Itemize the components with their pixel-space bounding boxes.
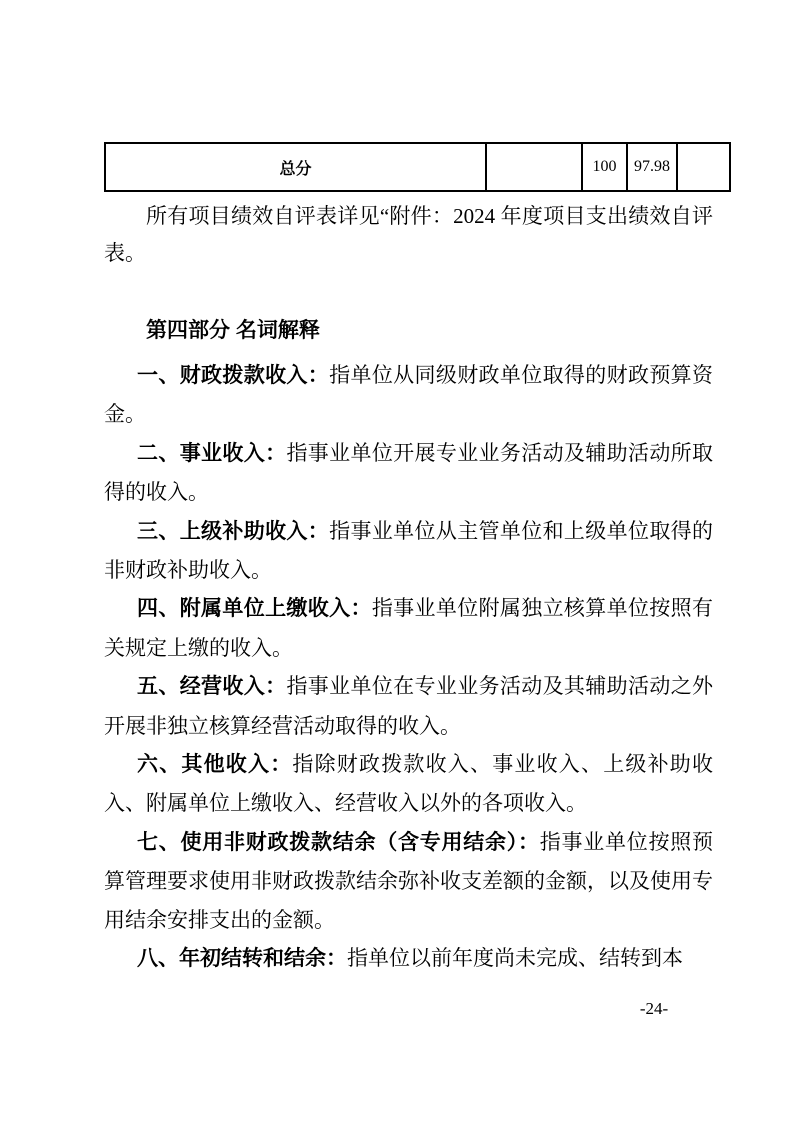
term-item: 三、上级补助收入：指事业单位从主管单位和上级单位取得的非财政补助收入。 [104, 512, 713, 590]
term-head: 七、使用非财政拨款结余（含专用结余）： [137, 831, 540, 854]
score-value: 97.98 [627, 143, 677, 191]
section-heading: 第四部分 名词解释 [104, 316, 713, 346]
term-head: 四、附属单位上缴收入： [137, 597, 372, 620]
total-score-label: 总分 [105, 143, 486, 191]
term-body: 指单位以前年度尚未完成、结转到本 [347, 946, 683, 970]
max-score-value: 100 [582, 143, 627, 191]
term-head: 五、经营收入： [137, 675, 286, 698]
term-item: 六、其他收入：指除财政拨款收入、事业收入、上级补助收入、附属单位上缴收入、经营收… [104, 745, 713, 823]
glossary-list: 一、财政拨款收入：指单位从同级财政单位取得的财政预算资金。 二、事业收入：指事业… [104, 356, 713, 979]
term-item: 五、经营收入：指事业单位在专业业务活动及其辅助活动之外开展非独立核算经营活动取得… [104, 667, 713, 745]
term-item: 一、财政拨款收入：指单位从同级财政单位取得的财政预算资金。 [104, 356, 713, 434]
empty-cell [677, 143, 730, 191]
term-head: 一、财政拨款收入： [137, 364, 329, 387]
term-item: 八、年初结转和结余：指单位以前年度尚未完成、结转到本 [104, 939, 713, 978]
term-head: 六、其他收入： [137, 753, 292, 776]
term-head: 二、事业收入： [137, 442, 286, 465]
empty-cell [486, 143, 582, 191]
score-table: 总分 100 97.98 [104, 142, 731, 192]
term-head: 八、年初结转和结余： [137, 947, 347, 970]
term-head: 三、上级补助收入： [137, 520, 329, 543]
table-row: 总分 100 97.98 [105, 143, 730, 191]
document-body: 所有项目绩效自评表详见“附件：2024 年度项目支出绩效自评表。 第四部分 名词… [104, 198, 713, 979]
page-number: -24- [628, 998, 680, 1020]
document-page: 总分 100 97.98 所有项目绩效自评表详见“附件：2024 年度项目支出绩… [0, 0, 793, 1122]
term-item: 七、使用非财政拨款结余（含专用结余）：指事业单位按照预算管理要求使用非财政拨款结… [104, 823, 713, 939]
intro-paragraph: 所有项目绩效自评表详见“附件：2024 年度项目支出绩效自评表。 [104, 198, 713, 272]
term-item: 二、事业收入：指事业单位开展专业业务活动及辅助活动所取得的收入。 [104, 434, 713, 512]
term-item: 四、附属单位上缴收入：指事业单位附属独立核算单位按照有关规定上缴的收入。 [104, 589, 713, 667]
